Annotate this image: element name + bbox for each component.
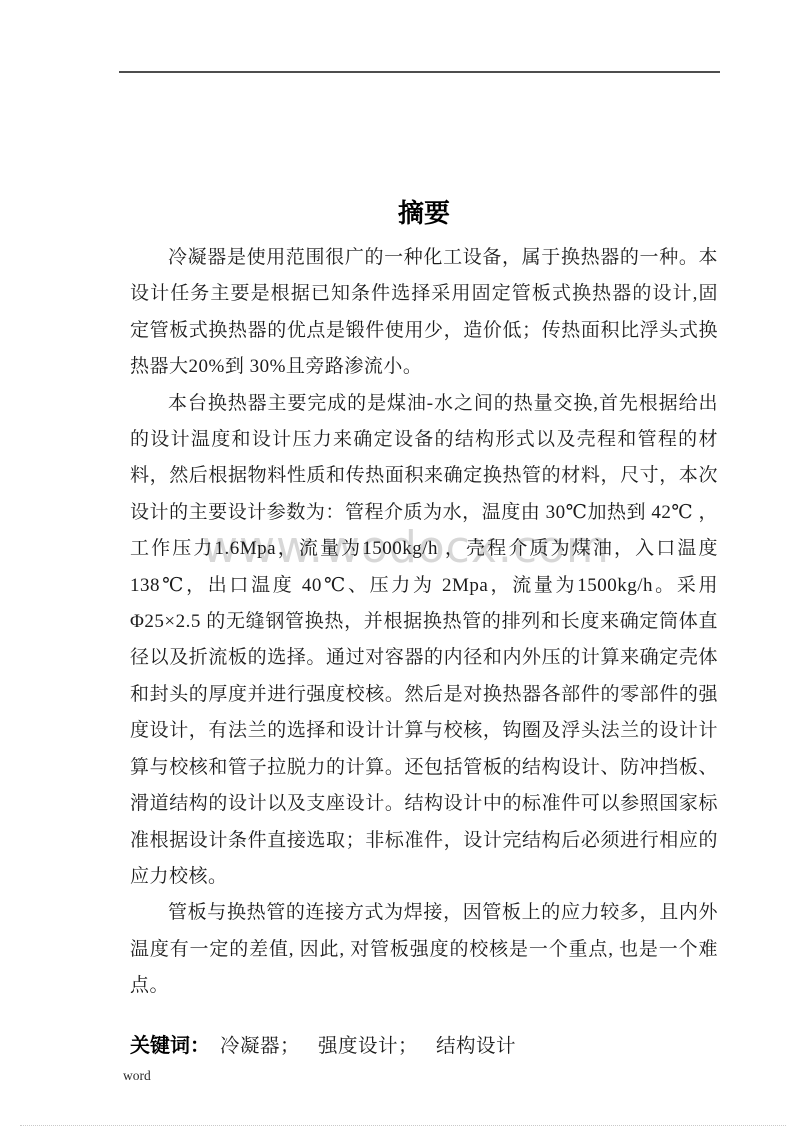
page-title: 摘要 bbox=[130, 198, 718, 228]
keyword-item: 结构设计 bbox=[436, 1036, 516, 1057]
abstract-paragraph: 冷凝器是使用范围很广的一种化工设备，属于换热器的一种。本设计任务主要是根据已知条… bbox=[130, 240, 718, 386]
keyword-item: 强度设计； bbox=[318, 1036, 418, 1057]
footer-divider-line bbox=[20, 1125, 786, 1126]
abstract-paragraph: 本台换热器主要完成的是煤油-水之间的热量交换,首先根据给出的设计温度和设计压力来… bbox=[130, 386, 718, 896]
keyword-item: 冷凝器； bbox=[220, 1036, 300, 1057]
footer-note: word bbox=[123, 1068, 151, 1084]
keywords-line: 关键词：冷凝器；强度设计；结构设计 bbox=[130, 1031, 718, 1062]
abstract-paragraph: 管板与换热管的连接方式为焊接，因管板上的应力较多，且内外温度有一定的差值, 因此… bbox=[130, 895, 718, 1004]
document-page: www.wodocx.com 摘要 冷凝器是使用范围很广的一种化工设备，属于换热… bbox=[0, 0, 800, 1132]
abstract-content: 摘要 冷凝器是使用范围很广的一种化工设备，属于换热器的一种。本设计任务主要是根据… bbox=[130, 0, 718, 1062]
keywords-label: 关键词： bbox=[130, 1035, 210, 1057]
